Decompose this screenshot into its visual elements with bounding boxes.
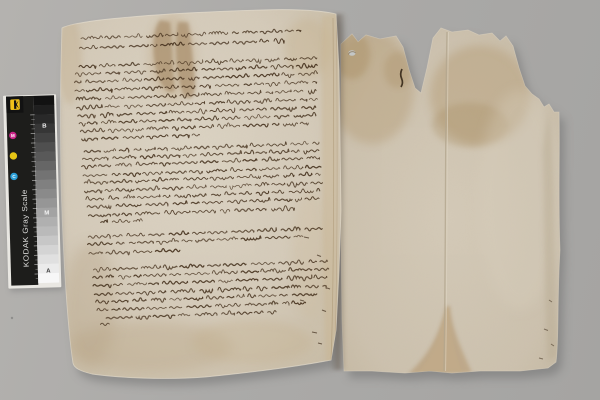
manuscript-right-page [330, 20, 575, 380]
photo-canvas: BMA MC KODAK Gray Scale [0, 0, 600, 400]
manuscript-left-page [55, 5, 350, 385]
kodak-logo-icon [6, 96, 23, 113]
manuscript-photograph: BMA MC KODAK Gray Scale [0, 0, 600, 400]
kodak-gray-scale-strip: BMA MC KODAK Gray Scale [3, 94, 63, 291]
svg-text:M: M [44, 210, 49, 216]
svg-text:M: M [11, 133, 15, 138]
debris-speck [11, 317, 13, 319]
